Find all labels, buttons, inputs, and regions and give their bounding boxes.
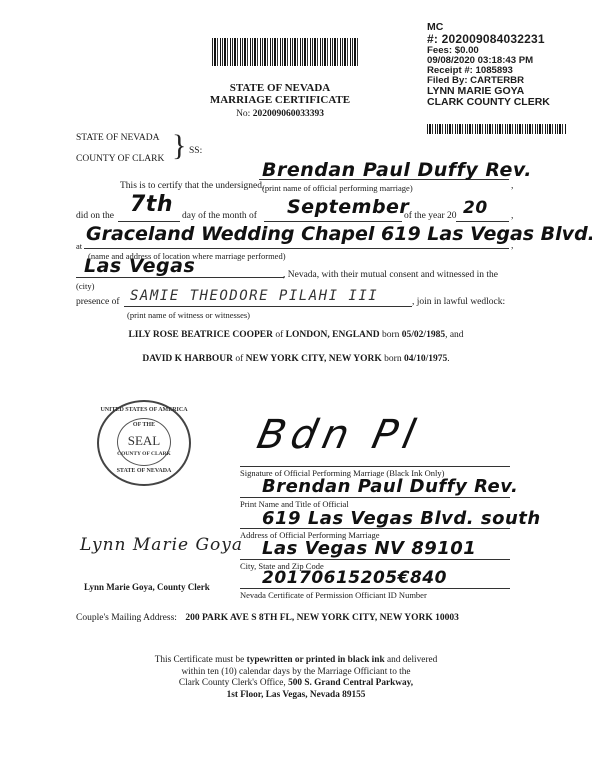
of-the-year-text: of the year 20 xyxy=(404,211,457,221)
city-handwritten: Las Vegas xyxy=(84,255,195,277)
seal-inner-bottom-text: COUNTY OF CLARK xyxy=(99,451,189,457)
venue-county: COUNTY OF CLARK xyxy=(76,154,164,164)
signature-line xyxy=(240,466,510,467)
party-1-of: of xyxy=(275,330,283,340)
footer-line-3-b: 500 S. Grand Central Parkway, xyxy=(288,678,413,688)
footer-line-3-a: Clark County Clerk's Office, xyxy=(179,678,286,688)
official-city-state-zip-handwritten: Las Vegas NV 89101 xyxy=(262,538,476,559)
witness-caption: (print name of witness or witnesses) xyxy=(127,310,250,320)
party-2-end: . xyxy=(447,354,449,364)
footer-line-1-a: This Certificate must be xyxy=(155,655,245,665)
seal-outer-top-text: UNITED STATES OF AMERICA xyxy=(99,407,189,413)
officiant-id-line xyxy=(240,588,510,589)
footer-line-2: within ten (10) calendar days by the Mar… xyxy=(0,667,592,679)
recording-stamp: MC #: 202009084032231 Fees: $0.00 09/08/… xyxy=(427,22,550,108)
month-line xyxy=(264,221,402,222)
wedlock-text: , join in lawful wedlock: xyxy=(412,297,505,307)
comma: , xyxy=(511,211,513,221)
address-line xyxy=(240,528,510,529)
year-handwritten: 20 xyxy=(463,198,488,218)
at-label: at xyxy=(76,241,82,251)
officiant-id-caption: Nevada Certificate of Permission Officia… xyxy=(240,590,427,600)
certificate-number-value: 202009060033393 xyxy=(253,109,324,119)
party-1: LILY ROSE BEATRICE COOPER of LONDON, ENG… xyxy=(0,330,592,340)
party-2-place: NEW YORK CITY, NEW YORK xyxy=(246,354,382,364)
party-2: DAVID K HARBOUR of NEW YORK CITY, NEW YO… xyxy=(0,354,592,364)
title-line-2: MARRIAGE CERTIFICATE xyxy=(180,94,380,106)
certificate-number: No: 202009060033393 xyxy=(180,108,380,120)
city-state-zip-line xyxy=(240,559,510,560)
title-line-1: STATE OF NEVADA xyxy=(180,82,380,94)
city-caption: (city) xyxy=(76,281,94,291)
month-handwritten: September xyxy=(287,196,409,218)
certificate-number-label: No: xyxy=(236,109,250,119)
footer-line-1-b: typewritten or printed in black ink xyxy=(247,655,385,665)
mailing-address: Couple's Mailing Address: 200 PARK AVE S… xyxy=(76,613,459,623)
party-2-dob: 04/10/1975 xyxy=(404,354,447,364)
footer-line-3: Clark County Clerk's Office, 500 S. Gran… xyxy=(0,678,592,690)
stamp-clerk-title: CLARK COUNTY CLERK xyxy=(427,97,550,108)
certify-text: This is to certify that the undersigned, xyxy=(120,181,264,191)
official-print-name-handwritten: Brendan Paul Duffy Rev. xyxy=(262,476,518,497)
seal-center-text: SEAL xyxy=(99,433,189,449)
stamp-barcode xyxy=(427,124,567,134)
day-of-month-text: day of the month of xyxy=(182,211,257,221)
venue-brace: } xyxy=(172,128,186,164)
party-2-of: of xyxy=(235,354,243,364)
city-line xyxy=(76,277,284,278)
document-barcode xyxy=(212,38,360,66)
party-1-name: LILY ROSE BEATRICE COOPER xyxy=(128,330,273,340)
officiant-id-handwritten: 20170615205€840 xyxy=(262,568,447,588)
location-line xyxy=(84,248,509,249)
official-name-caption: (print name of official performing marri… xyxy=(262,183,413,193)
venue-state: STATE OF NEVADA xyxy=(76,133,160,143)
party-2-born: born xyxy=(384,354,401,364)
witness-handwritten: SAMIE THEODORE PILAHI III xyxy=(130,288,378,304)
official-address-handwritten: 619 Las Vegas Blvd. south xyxy=(262,508,541,529)
clerk-signature: Lynn Marie Goya xyxy=(80,535,243,555)
seal-outer-bottom-text: STATE OF NEVADA xyxy=(99,468,189,474)
seal-inner-top-text: OF THE xyxy=(99,422,189,428)
certificate-title: STATE OF NEVADA MARRIAGE CERTIFICATE No:… xyxy=(180,82,380,120)
day-handwritten: 7th xyxy=(130,192,173,217)
footer-instructions: This Certificate must be typewritten or … xyxy=(0,655,592,701)
county-seal: UNITED STATES OF AMERICA OF THE SEAL COU… xyxy=(97,400,191,486)
footer-line-1-c: and delivered xyxy=(387,655,437,665)
comma: , xyxy=(511,241,513,251)
print-name-line xyxy=(240,497,510,498)
venue-ss: SS: xyxy=(189,146,202,156)
official-name-handwritten: Brendan Paul Duffy Rev. xyxy=(262,159,532,181)
party-1-place: LONDON, ENGLAND xyxy=(286,330,380,340)
day-line xyxy=(118,221,180,222)
presence-of-text: presence of xyxy=(76,297,120,307)
mailing-address-label: Couple's Mailing Address: xyxy=(76,613,177,623)
party-1-and: , and xyxy=(445,330,463,340)
stamp-document-number: #: 202009084032231 xyxy=(427,33,550,46)
year-line xyxy=(456,221,509,222)
clerk-caption: Lynn Marie Goya, County Clerk xyxy=(84,582,210,592)
location-handwritten: Graceland Wedding Chapel 619 Las Vegas B… xyxy=(86,223,592,245)
party-1-born: born xyxy=(382,330,399,340)
party-1-dob: 05/02/1985 xyxy=(402,330,445,340)
party-2-name: DAVID K HARBOUR xyxy=(142,354,233,364)
mailing-address-value: 200 PARK AVE S 8TH FL, NEW YORK CITY, NE… xyxy=(185,613,459,623)
comma: , xyxy=(511,181,513,191)
footer-line-4: 1st Floor, Las Vegas, Nevada 89155 xyxy=(0,690,592,702)
footer-line-1: This Certificate must be typewritten or … xyxy=(0,655,592,667)
did-on-the-text: did on the xyxy=(76,211,114,221)
witness-line xyxy=(124,306,412,307)
official-signature: Bdn Pl xyxy=(253,412,425,458)
nevada-consent-text: , Nevada, with their mutual consent and … xyxy=(283,270,498,280)
